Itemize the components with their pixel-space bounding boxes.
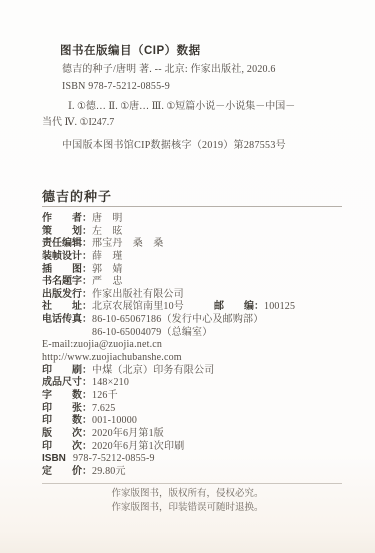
info-row-website: http://www.zuojiachubanshe.com [42, 352, 358, 365]
info-row-value: 2020年6月第1次印刷 [92, 441, 184, 452]
info-row-value: 148×210 [92, 377, 129, 388]
info-row-printer: 印 刷：中煤（北京）印务有限公司 [42, 365, 358, 378]
info-row-label-postcode: 邮 编： [214, 301, 264, 312]
info-row-value: 中煤（北京）印务有限公司 [92, 365, 214, 376]
info-row-address: 社 址：北京农展馆南里10号邮 编：100125 [42, 301, 358, 314]
info-row-sheets: 印 张：7.625 [42, 403, 358, 416]
info-row-value: 唐 明 [92, 213, 123, 224]
info-row-author: 作 者：唐 明 [42, 213, 358, 226]
info-row-value: 86-10-65067186（发行中心及邮购部） [92, 314, 263, 325]
info-row-size: 成品尺寸：148×210 [42, 377, 358, 390]
copyright-page: 图书在版编目（CIP）数据 德吉的种子/唐明 著. -- 北京: 作家出版社, … [0, 0, 375, 553]
info-row-calligrapher: 书名题字：严 忠 [42, 276, 358, 289]
info-row-value: 001-10000 [92, 415, 137, 426]
info-row-label: 装帧设计： [42, 251, 92, 262]
info-row-label: 印 次： [42, 441, 92, 452]
info-row-designer: 装帧设计：薛 瑾 [42, 251, 358, 264]
info-row-word-count: 字 数：126千 [42, 390, 358, 403]
info-row-label: 电话传真： [42, 314, 92, 325]
info-row-value: 978-7-5212-0855-9 [73, 453, 155, 464]
info-row-value: 7.625 [92, 403, 116, 414]
info-row-label: 插 图： [42, 264, 92, 275]
info-row-value: 邢宝丹 桑 桑 [92, 238, 163, 249]
info-row-value: 左 昡 [92, 226, 123, 237]
info-row-phone-2: 86-10-65004079（总编室） [42, 327, 358, 340]
info-row-publisher: 出版发行：作家出版社有限公司 [42, 289, 358, 302]
info-row-value: http://www.zuojiachubanshe.com [42, 352, 182, 363]
info-row-label: 字 数： [42, 390, 92, 401]
info-row-value: 严 忠 [92, 276, 123, 287]
info-row-label: 定 价： [42, 466, 92, 477]
copyright-notice-line: 作家版图书，印装错误可随时退换。 [0, 502, 375, 516]
info-row-value: 北京农展馆南里10号 [92, 301, 184, 312]
info-row-edition: 版 次：2020年6月第1版 [42, 428, 358, 441]
cip-classification: Ⅰ. ①德… Ⅱ. ①唐… Ⅲ. ①短篇小说－小说集－中国－ 当代 Ⅳ. ①I2… [42, 99, 295, 130]
info-row-print-run: 印 数：001-10000 [42, 415, 358, 428]
info-row-price: 定 价：29.80元 [42, 466, 358, 479]
copyright-notices: 作家版图书，版权所有，侵权必究。 作家版图书，印装错误可随时退换。 [0, 488, 375, 515]
info-row-label: 印 张： [42, 403, 92, 414]
info-row-email: E-mail:zuojia@zuojia.net.cn [42, 339, 358, 352]
info-row-label: 作 者： [42, 213, 92, 224]
publication-info-list: 作 者：唐 明 策 划：左 昡 责任编辑：邢宝丹 桑 桑 装帧设计：薛 瑾 插 … [42, 213, 358, 478]
info-row-value: 作家出版社有限公司 [92, 289, 184, 300]
cip-classification-line: Ⅰ. ①德… Ⅱ. ①唐… Ⅲ. ①短篇小说－小说集－中国－ [42, 99, 295, 115]
book-title: 德吉的种子 [42, 186, 112, 205]
info-row-value: 薛 瑾 [92, 251, 123, 262]
cip-heading: 图书在版编目（CIP）数据 [60, 42, 201, 58]
info-row-phone: 电话传真：86-10-65067186（发行中心及邮购部） [42, 314, 358, 327]
info-row-impression: 印 次：2020年6月第1次印刷 [42, 441, 358, 454]
info-row-value: 2020年6月第1版 [92, 428, 164, 439]
info-row-label: 书名题字： [42, 276, 92, 287]
info-row-value: 29.80元 [92, 466, 126, 477]
info-row-value: 86-10-65004079（总编室） [92, 327, 212, 338]
info-row-label: 成品尺寸： [42, 377, 92, 388]
info-row-value: E-mail:zuojia@zuojia.net.cn [42, 339, 162, 350]
info-row-label: 社 址： [42, 301, 92, 312]
copyright-notice-line: 作家版图书，版权所有，侵权必究。 [0, 488, 375, 502]
info-row-illustrator: 插 图：郭 婧 [42, 264, 358, 277]
title-divider [42, 206, 342, 207]
cip-description-line: 德吉的种子/唐明 著. -- 北京: 作家出版社, 2020.6 [62, 62, 276, 79]
cip-isbn-line: ISBN 978-7-5212-0855-9 [62, 79, 276, 96]
info-row-planner: 策 划：左 昡 [42, 226, 358, 239]
info-row-label: ISBN [42, 453, 73, 466]
info-row-value: 郭 婧 [92, 264, 123, 275]
info-row-label: 策 划： [42, 226, 92, 237]
info-row-label: 责任编辑： [42, 238, 92, 249]
footer-divider [42, 483, 342, 484]
cip-classification-line: 当代 Ⅳ. ①I247.7 [42, 115, 295, 131]
info-row-value-postcode: 100125 [264, 301, 295, 312]
info-row-label: 版 次： [42, 428, 92, 439]
cip-description: 德吉的种子/唐明 著. -- 北京: 作家出版社, 2020.6 ISBN 97… [62, 62, 276, 95]
info-row-isbn: ISBN978-7-5212-0855-9 [42, 453, 358, 466]
info-row-label: 印 数： [42, 415, 92, 426]
info-row-label: 印 刷： [42, 365, 92, 376]
info-row-editor: 责任编辑：邢宝丹 桑 桑 [42, 238, 358, 251]
cip-record-number: 中国版本图书馆CIP数据核字（2019）第287553号 [62, 136, 286, 151]
info-row-label: 出版发行： [42, 289, 92, 300]
info-row-value: 126千 [92, 390, 118, 401]
